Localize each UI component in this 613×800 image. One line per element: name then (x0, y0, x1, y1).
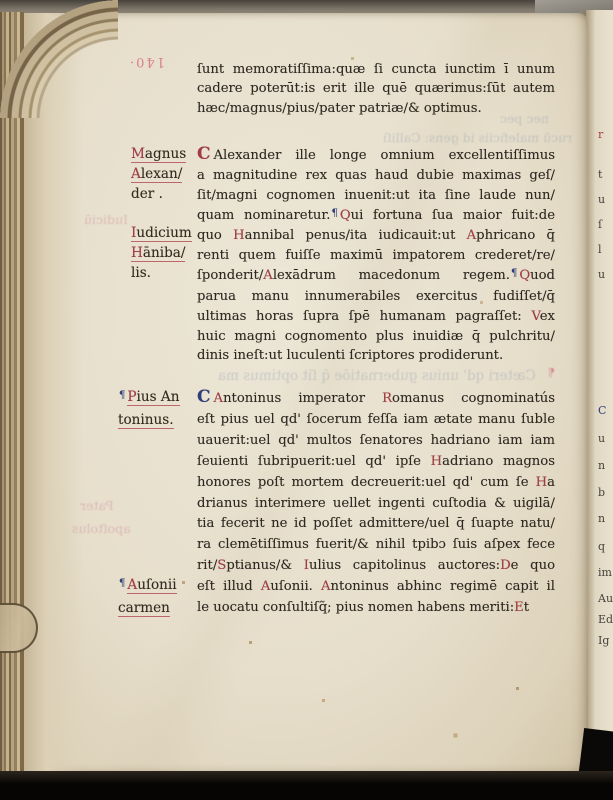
text-line: der . (131, 185, 201, 205)
text-line: ſunt memoratiſſima:quæ ſi cuncta iunctim… (197, 60, 555, 79)
text-line: tia fecerit ne id poſſet admittere/uel q… (197, 514, 555, 535)
paper-specks (0, 0, 1, 1)
text-line: Magnus (131, 145, 201, 165)
text-line: dinis ineſt:ut luculenti ſcriptores prod… (197, 346, 555, 366)
text-line: eſt pius uel qd' ſocerum feſſa iam ætate… (197, 410, 555, 431)
text-line: toninus. (118, 410, 198, 431)
text-line: drianus interimere uellet ingenti cuſtod… (197, 494, 555, 515)
text-line: CAntoninus imperator Romanus cognominatú… (197, 387, 555, 410)
page-corner-curl (0, 0, 118, 118)
text-line: le uocatu conſultiſq̃; pius nomen habens… (197, 598, 555, 619)
text-line: quo Hannibal penus/ita iudicauit:ut Aphr… (197, 226, 555, 246)
text-line: renti quem fuiſſe maximū impatorem crede… (197, 246, 555, 266)
show-through-margin-note: Iudiciū (84, 212, 128, 227)
book-gutter-edges (0, 12, 24, 772)
text-line: a magnitudine rex quas haud dubie maxima… (197, 166, 555, 186)
text-line: Hāniba/ (131, 244, 201, 264)
paragraph-antoninus: CAntoninus imperator Romanus cognominatú… (197, 387, 555, 619)
text-line: ſponderit/Alexādrum macedonum regem.¶Quo… (197, 266, 555, 287)
text-line: CAlexander ille longe omnium excellentiſ… (197, 145, 555, 166)
book-gutter-shadow (24, 13, 84, 773)
text-line: hæc/magnus/pius/pater patriæ/& optimus. (197, 99, 555, 118)
margin-note-ausonii-carmen: ¶Auſoniicarmen (118, 575, 198, 619)
text-line: cadere poterūt:is erit ille quē quærimus… (197, 79, 555, 98)
text-line: Alexan/ (131, 165, 201, 185)
text-line: eſt illud Auſonii. Antoninus abhinc regi… (197, 577, 555, 598)
paragraph-alexander: CAlexander ille longe omnium excellentiſ… (197, 145, 555, 366)
show-through-margin-note: apoſtolus (72, 521, 131, 536)
text-line: ¶Auſonii (118, 575, 198, 598)
text-line: huic magni cognomento plus inuidiæ q̄ pu… (197, 327, 555, 347)
show-through-text: rucū maleficiis id gens: Calliſi (383, 130, 572, 145)
show-through-paraph: ¶ (548, 366, 555, 379)
folio-mark: 140· (128, 54, 165, 69)
text-line: Iudicium (131, 224, 201, 244)
photo-background: { "colors": { "rubric_red": "#a53c44", "… (0, 0, 613, 800)
text-line: honores poſt mortem decreuerit:uel qd' c… (197, 473, 555, 494)
text-line: parua manu innumerabiles exercitus fudiſ… (197, 287, 555, 307)
text-line: carmen (118, 598, 198, 619)
text-line: ſeuienti ſubripuerit:uel qd' ipſe Hadria… (197, 452, 555, 473)
intro-text: ſunt memoratiſſima:quæ ſi cuncta iunctim… (197, 60, 555, 118)
margin-note-magnus-alexander: MagnusAlexan/der . (131, 145, 201, 205)
text-line: uauerit:uel qd' multos ſenatores hadrian… (197, 431, 555, 452)
show-through-text: Cæteri qd' unius gubernatiōe q̄ ſit opti… (218, 368, 536, 384)
margin-note-iudicium-hannibalis: IudiciumHāniba/lis. (131, 224, 201, 284)
text-line: rit/Sptianus/& Iulius capitolinus auctor… (197, 556, 555, 577)
text-line: quam nominaretur.¶Qui fortuna ſua maior … (197, 206, 555, 227)
photo-bottom-border (0, 771, 613, 800)
text-line: ſit/magni cognomen inuenit:ut ita ſine l… (197, 186, 555, 206)
show-through-margin-note: Pater (80, 498, 114, 513)
text-line: lis. (131, 264, 201, 284)
text-line: ¶Pius An (118, 387, 198, 410)
text-line: ultimas horas ſupra ſpē humanam pagraſſe… (197, 307, 555, 327)
facing-page-sliver (585, 10, 613, 738)
margin-note-pius-antoninus: ¶Pius Antoninus. (118, 387, 198, 431)
text-line: ra clemētiſſimus fuerit/& nihil tpibɔ ſu… (197, 535, 555, 556)
